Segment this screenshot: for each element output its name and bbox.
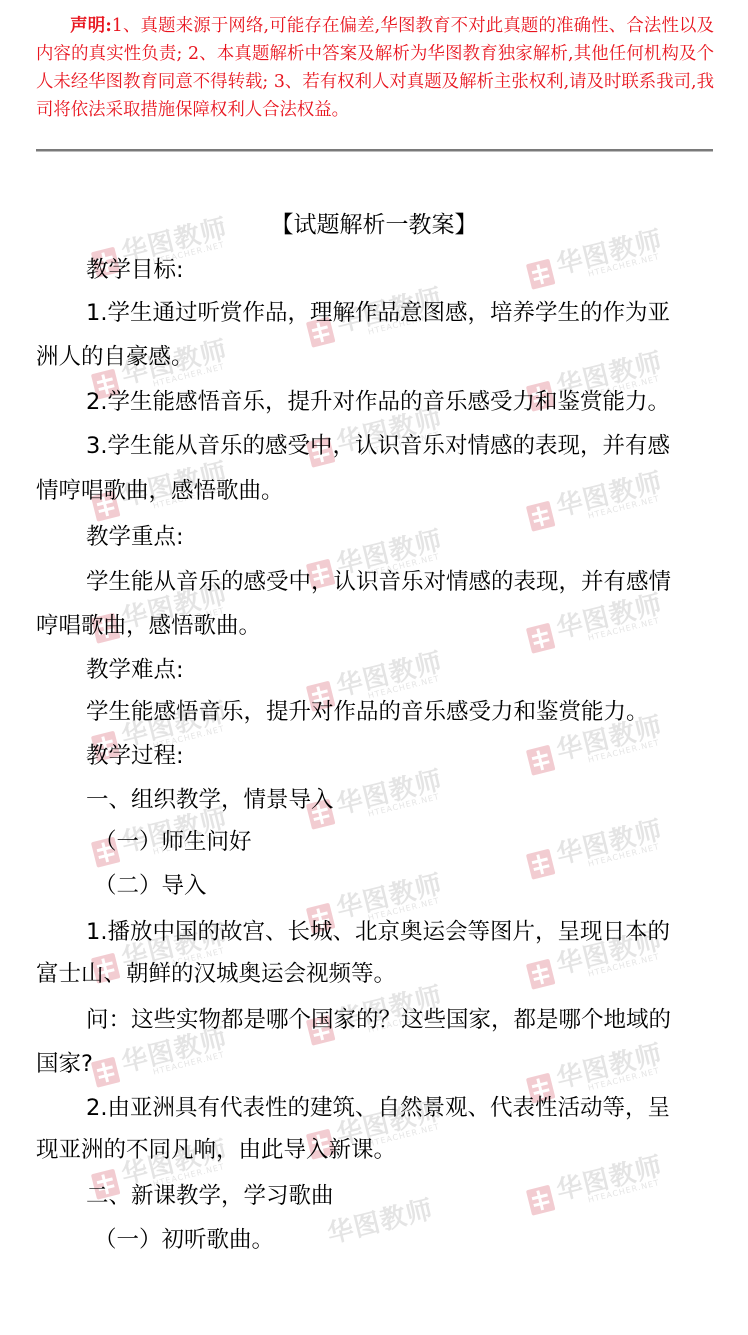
- body-line: 现亚洲的不同凡响，由此导入新课。: [36, 1134, 396, 1166]
- watermark: 华图教师HTEACHER.NET: [523, 337, 684, 433]
- watermark: 华图教师HTEACHER.NET: [523, 1141, 684, 1237]
- section-heading-difficulties: 教学难点:: [86, 654, 184, 686]
- body-line: 哼唱歌曲，感悟歌曲。: [36, 610, 261, 642]
- body-line: （一）师生问好: [94, 826, 252, 858]
- body-line: 问：这些实物都是哪个国家的？这些国家，都是哪个地域的: [86, 1004, 671, 1036]
- watermark-logo-icon: [91, 1057, 121, 1088]
- watermark-logo-icon: [526, 745, 556, 776]
- watermark-logo-icon: [526, 623, 556, 654]
- watermark: 华图教师HTEACHER.NET: [523, 805, 684, 901]
- body-line: （一）初听歌曲。: [94, 1224, 274, 1256]
- section-heading-key-points: 教学重点:: [86, 521, 184, 553]
- body-line: 2.由亚洲具有代表性的建筑、自然景观、代表性活动等，呈: [86, 1092, 670, 1124]
- watermark-logo-icon: [526, 259, 556, 290]
- body-line: 洲人的自豪感。: [36, 341, 194, 373]
- disclaimer-line: 取措施保障权利人合法权益。: [123, 100, 349, 120]
- watermark: 华图教师HTEACHER.NET: [523, 457, 684, 553]
- document-title: 【试题解析一教案】: [0, 208, 748, 242]
- body-line: 1.学生通过听赏作品，理解作品意图感，培养学生的作为亚: [86, 297, 670, 329]
- copyright-disclaimer: 声明:1、真题来源于网络,可能存在偏差,华图教育不对此真题的准确性、合法性以及内…: [36, 12, 714, 124]
- body-line: 富士山、朝鲜的汉城奥运会视频等。: [36, 958, 396, 990]
- header-divider: [36, 149, 713, 152]
- body-line: 国家?: [36, 1048, 93, 1080]
- watermark: 华图教师: [323, 1177, 484, 1273]
- watermark-logo-icon: [526, 501, 556, 532]
- body-line: 3.学生能从音乐的感受中，认识音乐对情感的表现，并有感: [86, 430, 670, 462]
- body-line: 1.播放中国的故宫、长城、北京奥运会等图片，呈现日本的: [86, 916, 670, 948]
- disclaimer-lead: 声明:: [70, 16, 112, 36]
- watermark-logo-icon: [526, 959, 556, 990]
- section-heading-objectives: 教学目标:: [86, 254, 184, 286]
- body-line: 情哼唱歌曲，感悟歌曲。: [36, 475, 284, 507]
- body-line: （二）导入: [94, 870, 207, 902]
- body-line: 二、新课教学，学习歌曲: [86, 1180, 334, 1212]
- body-line: 学生能感悟音乐，提升对作品的音乐感受力和鉴赏能力。: [86, 696, 649, 728]
- body-line: 2.学生能感悟音乐，提升对作品的音乐感受力和鉴赏能力。: [86, 386, 670, 418]
- document-page: 华图教师HTEACHER.NET 华图教师HTEACHER.NET 华图教师HT…: [0, 0, 748, 1335]
- body-line: 学生能从音乐的感受中，认识音乐对情感的表现，并有感情: [86, 566, 671, 598]
- watermark-logo-icon: [526, 1185, 556, 1216]
- section-heading-process: 教学过程:: [86, 740, 184, 772]
- watermark-logo-icon: [526, 849, 556, 880]
- body-line: 一、组织教学，情景导入: [86, 784, 334, 816]
